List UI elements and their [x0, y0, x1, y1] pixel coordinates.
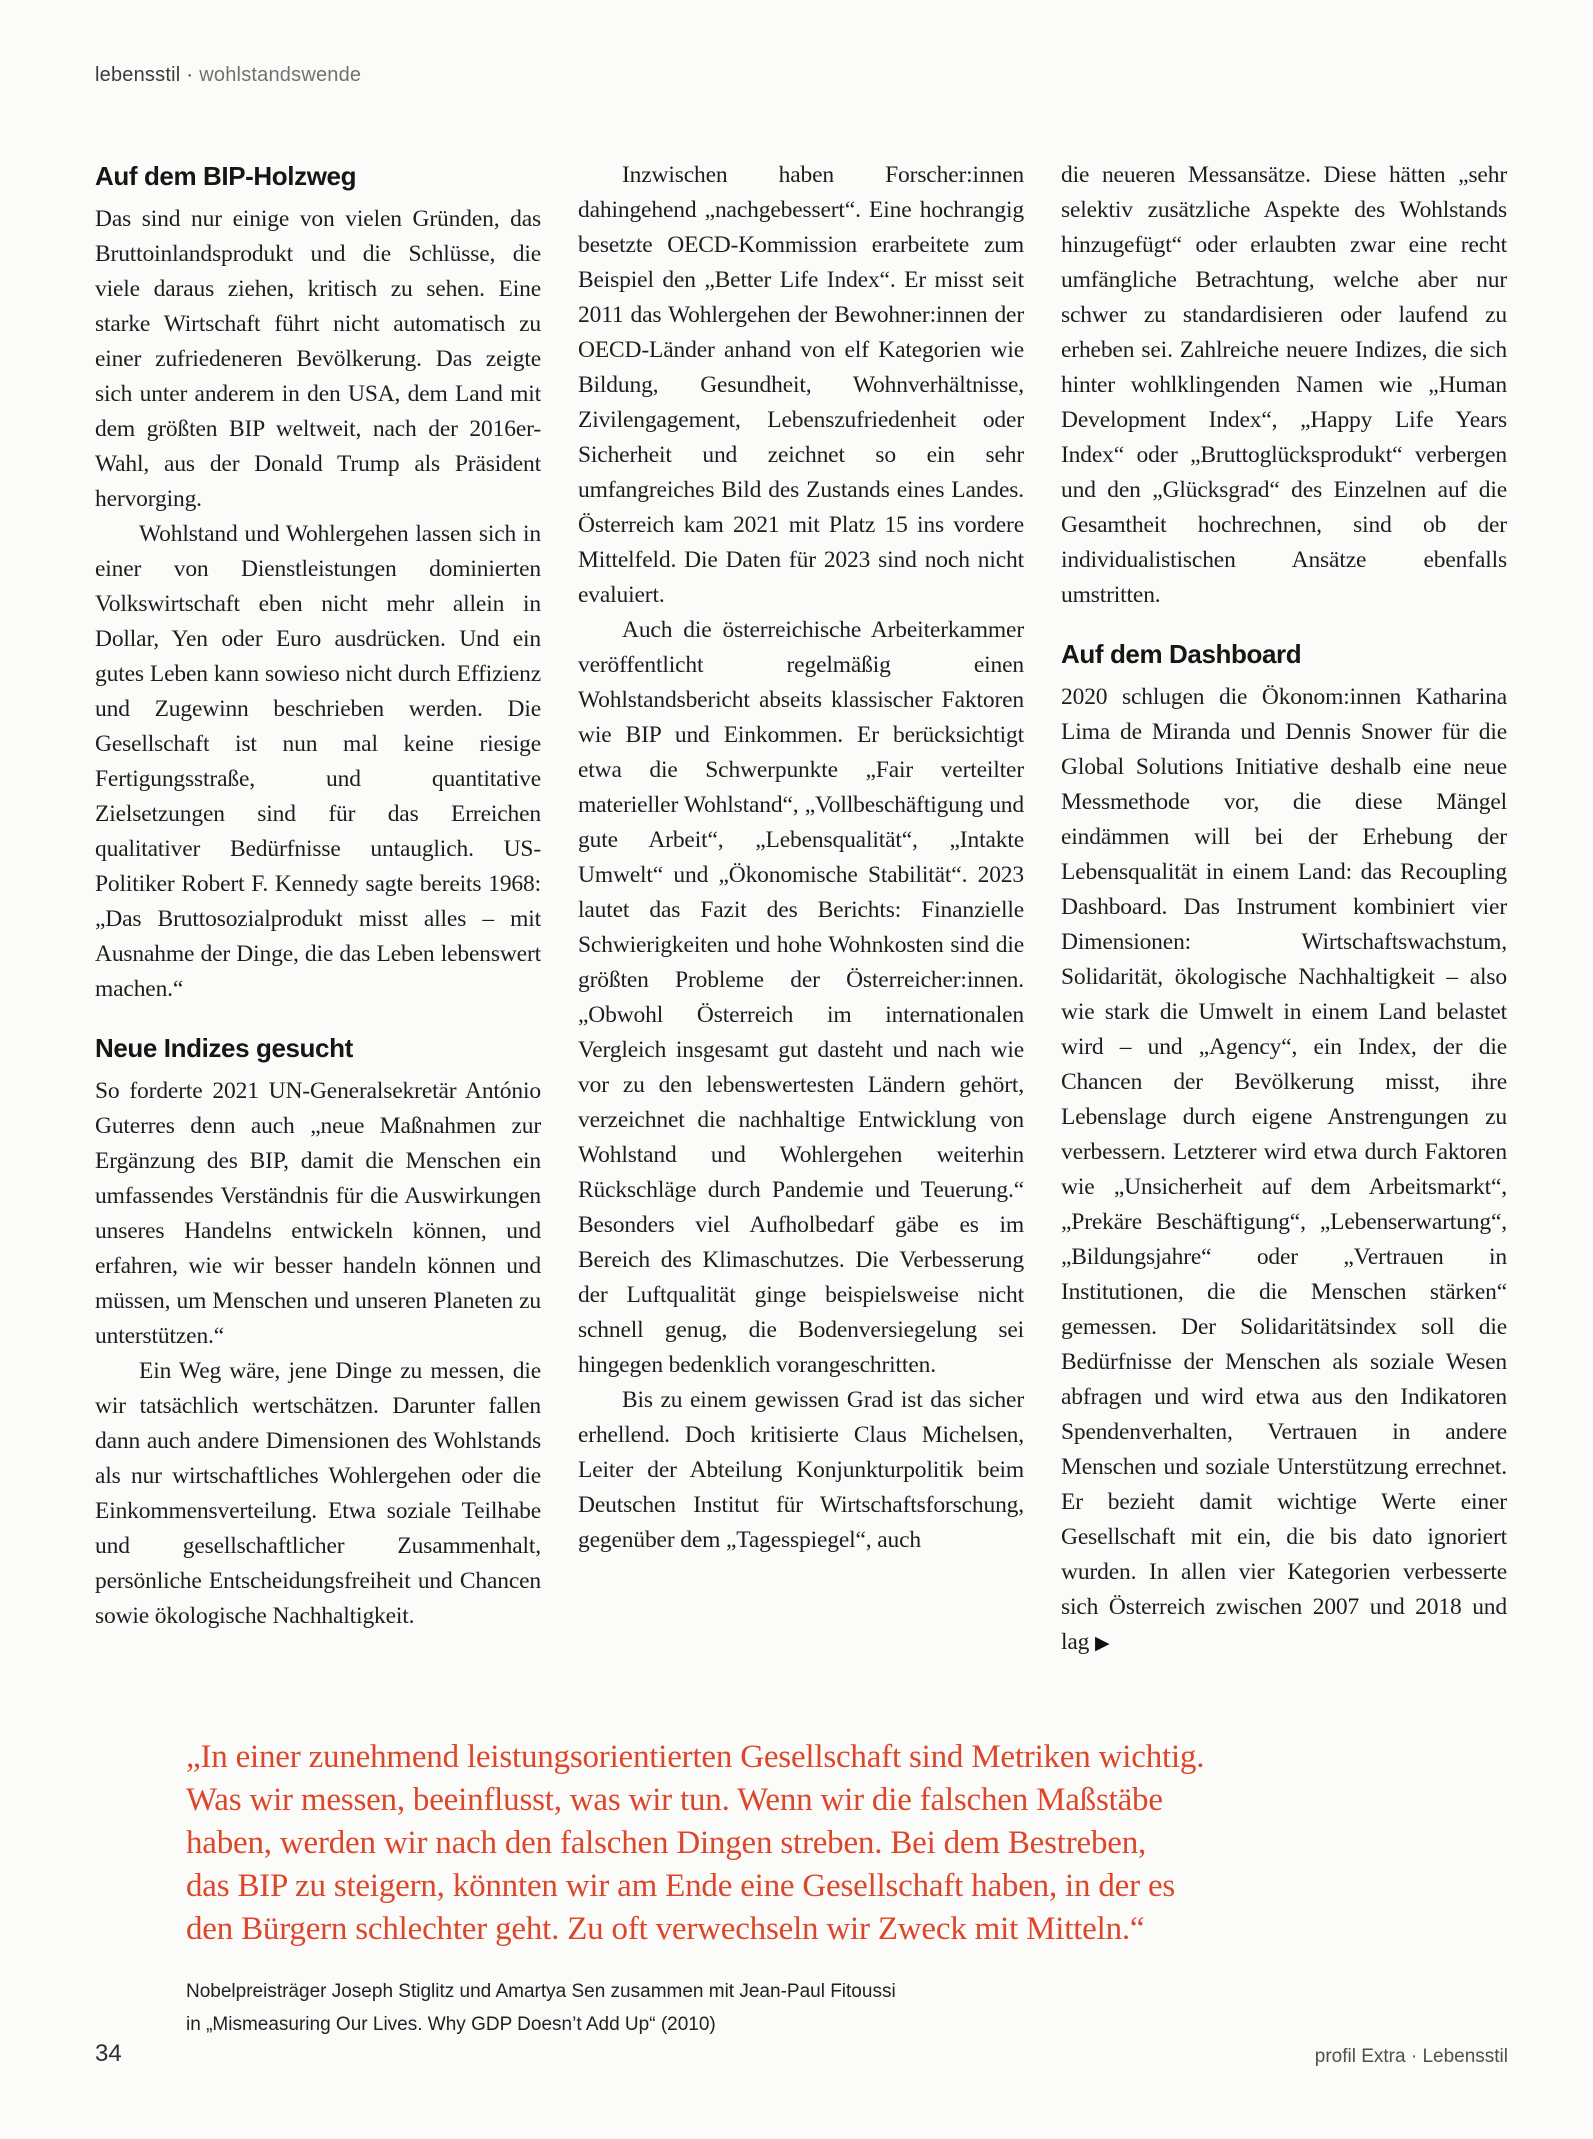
- kicker-section-label: lebensstil: [95, 64, 180, 86]
- pull-quote-attribution: Nobelpreisträger Joseph Stiglitz und Ama…: [186, 1975, 1204, 2041]
- paragraph: Inzwischen haben Forscher:innen dahingeh…: [578, 158, 1024, 613]
- page-number: 34: [95, 2040, 122, 2068]
- paragraph: Bis zu einem gewissen Grad ist das siche…: [578, 1383, 1024, 1558]
- paragraph: Ein Weg wäre, jene Dinge zu messen, die …: [95, 1354, 541, 1634]
- paragraph: Auch die österreichische Arbeiterkammer …: [578, 613, 1024, 1383]
- pull-quote-line: den Bürgern schlechter geht. Zu oft verw…: [186, 1908, 1204, 1951]
- paragraph: Das sind nur einige von vielen Gründen, …: [95, 202, 541, 517]
- attribution-line-2: in „Mismeasuring Our Lives. Why GDP Does…: [186, 2008, 1204, 2041]
- footer-magazine-label: profil Extra · Lebensstil: [1315, 2046, 1508, 2068]
- magazine-page: lebensstil·wohlstandswende Auf dem BIP-H…: [0, 0, 1593, 2139]
- paragraph: die neueren Messansätze. Diese hätten „s…: [1061, 158, 1507, 613]
- pull-quote: „In einer zunehmend leistungsorientierte…: [186, 1736, 1204, 2041]
- pull-quote-line: das BIP zu steigern, könnten wir am Ende…: [186, 1865, 1204, 1908]
- continued-on-next-page-arrow-icon: ▶: [1095, 1632, 1110, 1654]
- pull-quote-line: haben, werden wir nach den falschen Ding…: [186, 1822, 1204, 1865]
- attribution-line-1: Nobelpreisträger Joseph Stiglitz und Ama…: [186, 1975, 1204, 2008]
- page-kicker: lebensstil·wohlstandswende: [95, 63, 361, 87]
- section-heading-bip-holzweg: Auf dem BIP-Holzweg: [95, 160, 541, 192]
- paragraph: 2020 schlugen die Ökonom:innen Katharina…: [1061, 680, 1507, 1661]
- kicker-topic-label: wohlstandswende: [199, 64, 361, 86]
- article-column-1: Auf dem BIP-Holzweg Das sind nur einige …: [95, 158, 541, 1661]
- pull-quote-line: Was wir messen, beeinflusst, was wir tun…: [186, 1779, 1204, 1822]
- article-columns: Auf dem BIP-Holzweg Das sind nur einige …: [95, 158, 1508, 1661]
- paragraph: So forderte 2021 UN-Generalsekretär Antó…: [95, 1074, 541, 1354]
- paragraph: Wohlstand und Wohlergehen lassen sich in…: [95, 517, 541, 1007]
- article-column-3: die neueren Messansätze. Diese hätten „s…: [1061, 158, 1507, 1661]
- kicker-separator: ·: [180, 64, 199, 86]
- section-heading-neue-indizes: Neue Indizes gesucht: [95, 1032, 541, 1064]
- section-heading-dashboard: Auf dem Dashboard: [1061, 638, 1507, 670]
- pull-quote-line: „In einer zunehmend leistungsorientierte…: [186, 1736, 1204, 1779]
- paragraph-text: 2020 schlugen die Ökonom:innen Katharina…: [1061, 684, 1507, 1655]
- article-column-2: Inzwischen haben Forscher:innen dahingeh…: [578, 158, 1024, 1661]
